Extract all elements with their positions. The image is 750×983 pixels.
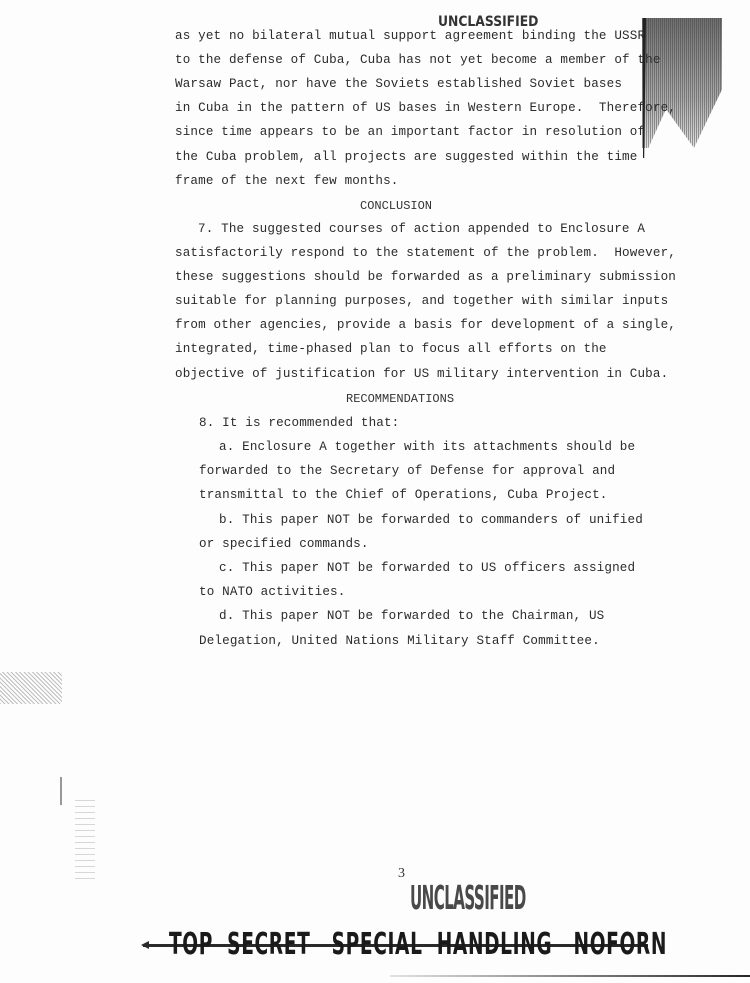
text-line: b. This paper NOT be forwarded to comman… — [219, 513, 643, 527]
scan-bottom-edge — [390, 975, 750, 977]
text-line: frame of the next few months. — [175, 174, 399, 188]
unclassified-stamp-bottom: UNCLASSIFIED — [410, 880, 526, 918]
text-line: transmittal to the Chief of Operations, … — [199, 488, 608, 502]
text-line: objective of justification for US milita… — [175, 367, 668, 381]
text-line: suitable for planning purposes, and toge… — [175, 294, 668, 308]
page-number: 3 — [398, 866, 405, 882]
text-line: or specified commands. — [199, 537, 369, 551]
text-line: d. This paper NOT be forwarded to the Ch… — [219, 609, 604, 623]
text-line: as yet no bilateral mutual support agree… — [175, 29, 645, 43]
text-line: c. This paper NOT be forwarded to US off… — [219, 561, 635, 575]
text-line: these suggestions should be forwarded as… — [175, 270, 676, 284]
text-line: Warsaw Pact, nor have the Soviets establ… — [175, 77, 622, 91]
text-line: since time appears to be an important fa… — [175, 125, 645, 139]
conclusion-heading: CONCLUSION — [360, 199, 432, 213]
arrow-left-icon — [141, 941, 149, 949]
scan-dots-left — [75, 800, 95, 880]
text-line: the Cuba problem, all projects are sugge… — [175, 150, 637, 164]
text-line: in Cuba in the pattern of US bases in We… — [175, 101, 676, 115]
scan-artifact-right — [642, 18, 722, 148]
text-line: to the defense of Cuba, Cuba has not yet… — [175, 53, 661, 67]
text-line: a. Enclosure A together with its attachm… — [219, 440, 635, 454]
scan-artifact-left — [0, 672, 62, 704]
document-page: UNCLASSIFIED as yet no bilateral mutual … — [0, 0, 750, 983]
recommendations-heading: RECOMMENDATIONS — [346, 392, 454, 406]
text-line: forwarded to the Secretary of Defense fo… — [199, 464, 615, 478]
text-line: satisfactorily respond to the statement … — [175, 246, 676, 260]
text-line: from other agencies, provide a basis for… — [175, 318, 676, 332]
classification-text: TOP SECRET SPECIAL HANDLING NOFORN — [169, 930, 667, 960]
text-line: 7. The suggested courses of action appen… — [198, 222, 645, 236]
classification-marking: TOP SECRET SPECIAL HANDLING NOFORN — [143, 930, 648, 960]
scan-mark-left — [60, 777, 62, 805]
paragraph-8-intro: 8. It is recommended that: — [199, 416, 399, 430]
text-line: to NATO activities. — [199, 585, 345, 599]
text-line: integrated, time-phased plan to focus al… — [175, 342, 607, 356]
text-line: Delegation, United Nations Military Staf… — [199, 634, 600, 648]
